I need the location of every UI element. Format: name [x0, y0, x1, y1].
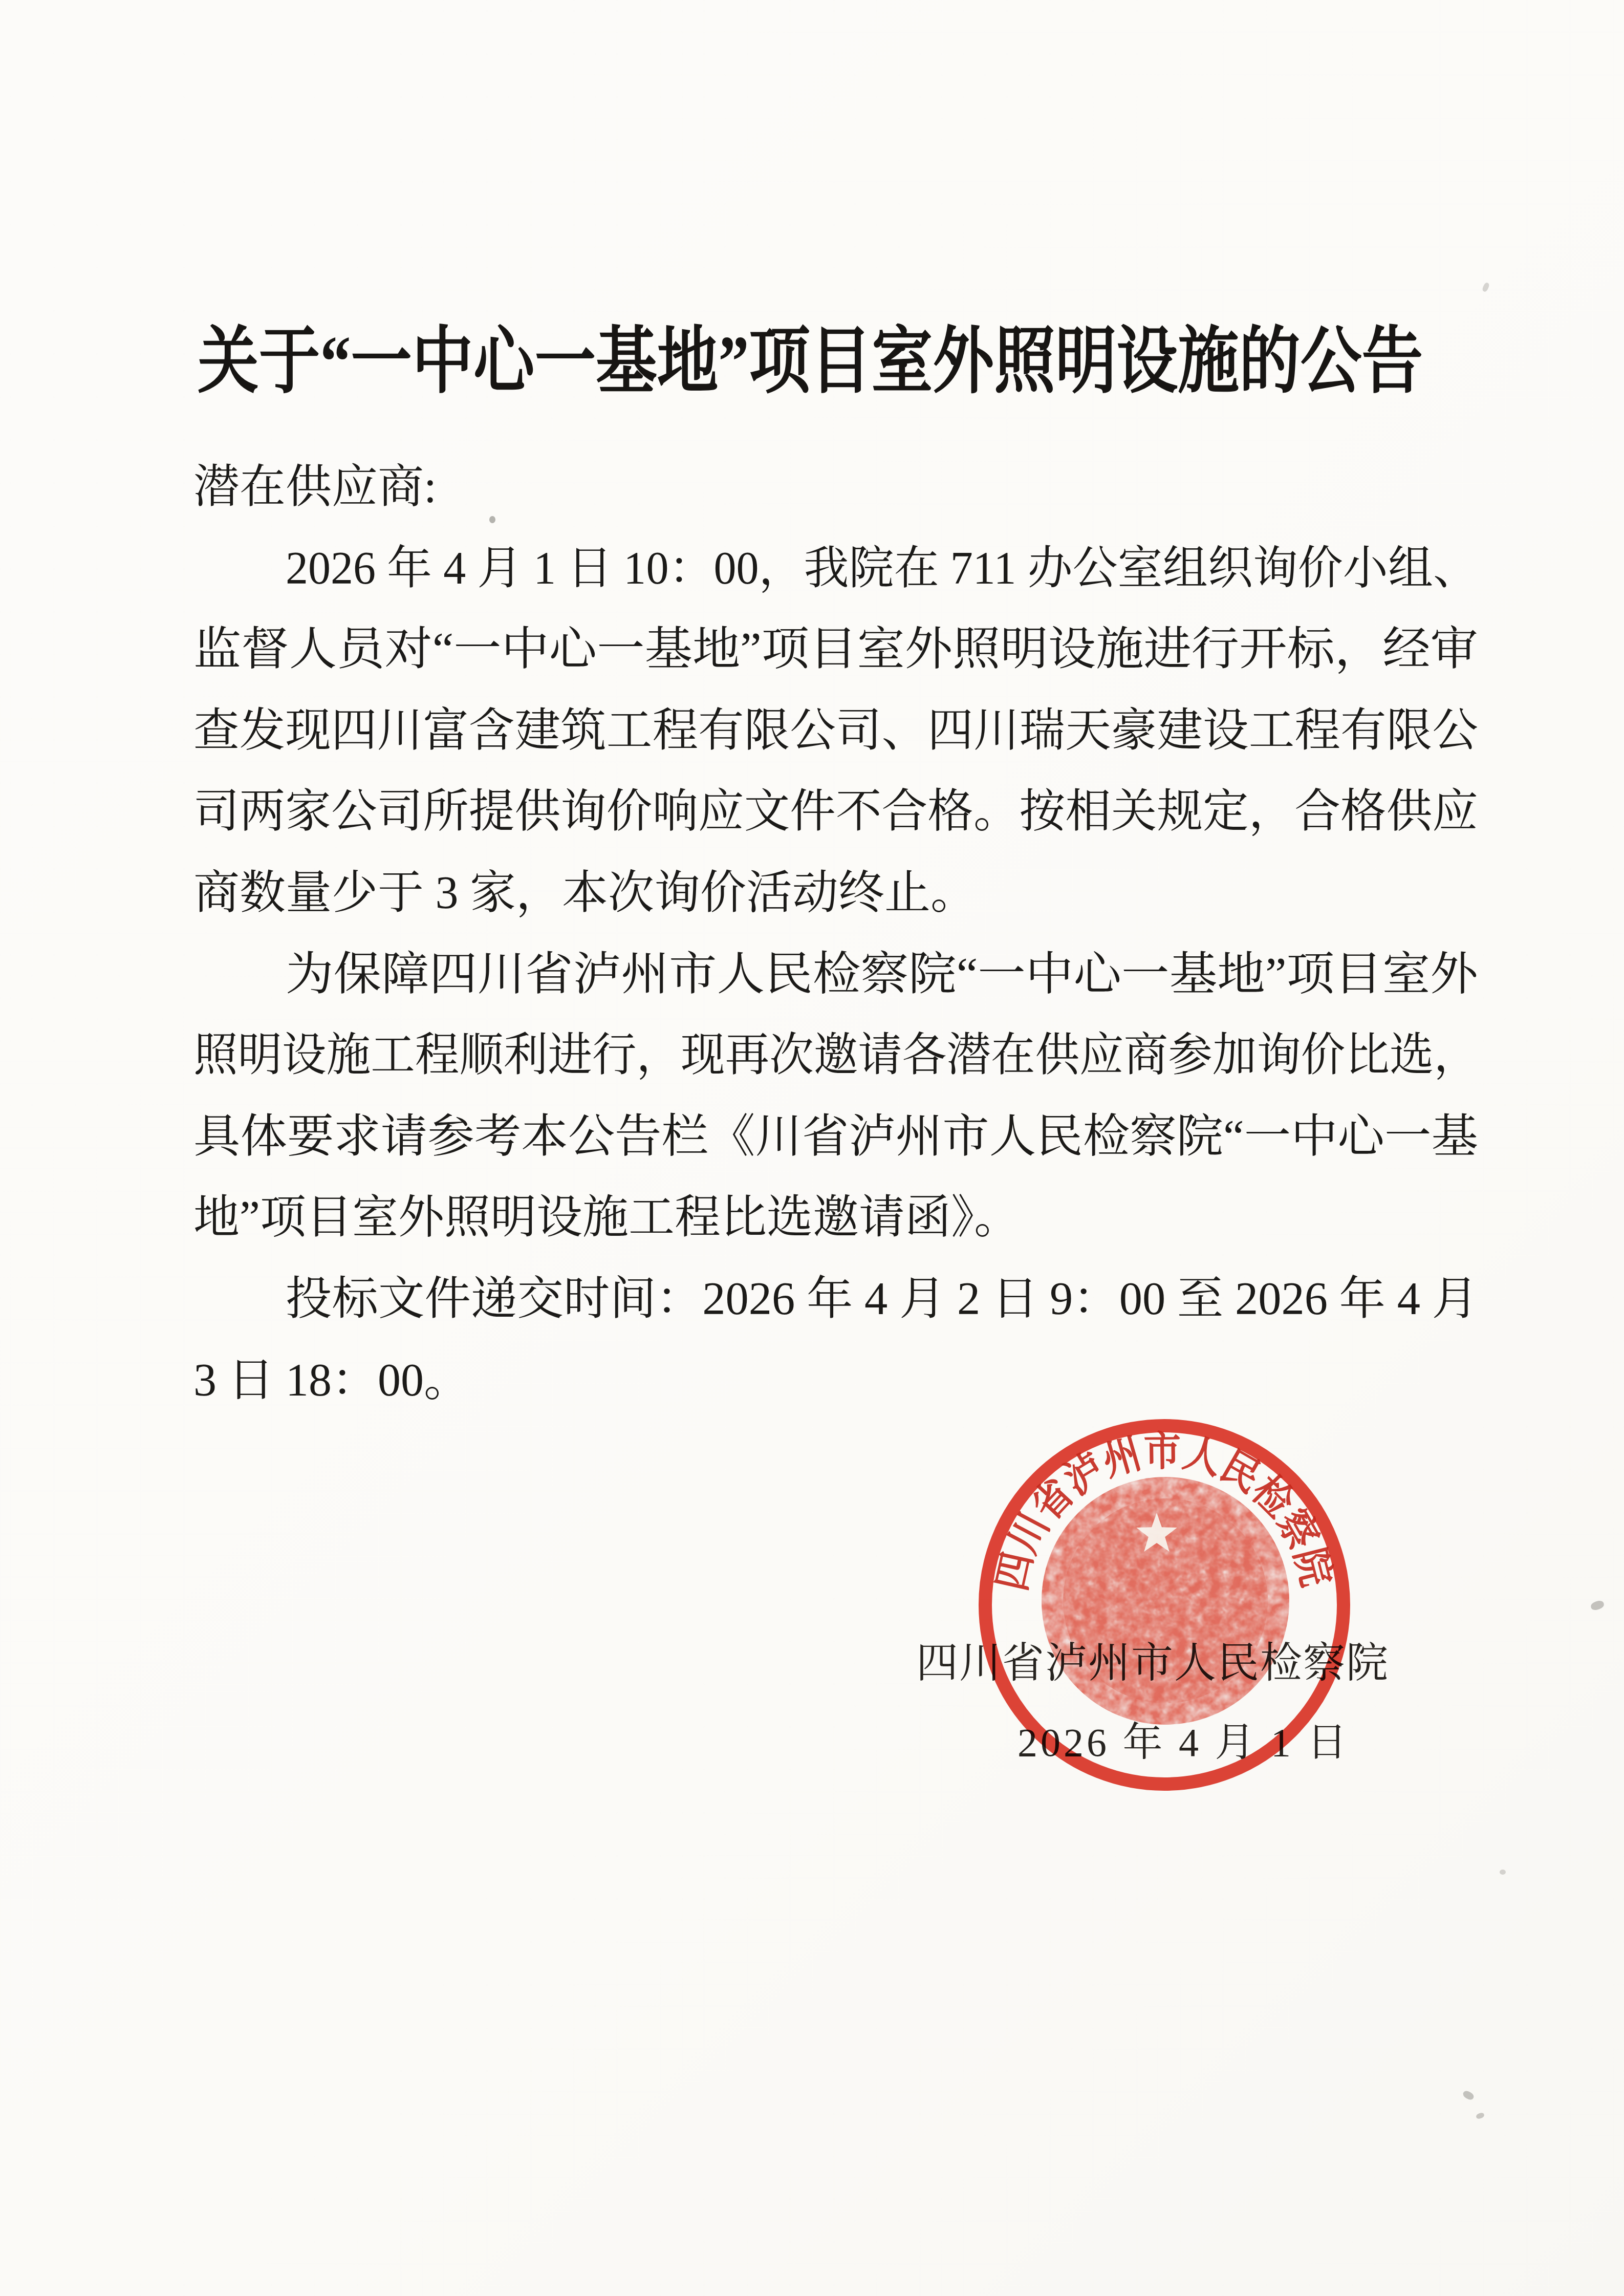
seal-ring-text: 四川省泸州市人民检察院: [989, 1429, 1338, 1595]
seal-emblem-mottle: [1042, 1477, 1289, 1725]
body-line: 司两家公司所提供询价响应文件不合格。按相关规定，合格供应: [193, 771, 1478, 853]
body-line-text: 商数量少于 3 家，本次询价活动终止。: [193, 853, 977, 934]
body-line: 投标文件递交时间：2026 年 4 月 2 日 9：00 至 2026 年 4 …: [193, 1259, 1478, 1340]
body-line-text: 地”项目室外照明设施工程比选邀请函》。: [193, 1177, 1020, 1259]
body-line-text: 监督人员对“一中心一基地”项目室外照明设施进行开标，经审: [193, 609, 1478, 691]
seal-emblem-base: [1042, 1477, 1289, 1725]
body-line-text: 具体要求请参考本公告栏《川省泸州市人民检察院“一中心一基: [193, 1097, 1478, 1178]
body-line-text: 3 日 18：00。: [193, 1340, 470, 1422]
page-title-text: 关于“一中心一基地”项目室外照明设施的公告: [198, 325, 1423, 398]
page-title: 关于“一中心一基地”项目室外照明设施的公告: [198, 325, 1624, 402]
scan-speck: [1476, 2112, 1485, 2120]
salutation-text: 潜在供应商:: [193, 462, 437, 512]
body-line-text: 为保障四川省泸州市人民检察院“一中心一基地”项目室外: [286, 934, 1478, 1016]
document-body: 2026 年 4 月 1 日 10：00，我院在 711 办公室组织询价小组、监…: [193, 528, 1478, 1422]
scan-speck: [1482, 282, 1490, 293]
signature-date-text: 2026 年 4 月 1 日: [1017, 1720, 1350, 1765]
body-line: 照明设施工程顺利进行，现再次邀请各潜在供应商参加询价比选，: [193, 1015, 1478, 1097]
body-line: 具体要求请参考本公告栏《川省泸州市人民检察院“一中心一基: [193, 1097, 1478, 1178]
scan-speck: [489, 516, 495, 523]
scan-speck: [1462, 2089, 1475, 2101]
body-line-text: 照明设施工程顺利进行，现再次邀请各潜在供应商参加询价比选，: [193, 1015, 1478, 1097]
body-line: 商数量少于 3 家，本次询价活动终止。: [193, 853, 1478, 934]
seal-star-icon: [1136, 1513, 1177, 1552]
body-line: 监督人员对“一中心一基地”项目室外照明设施进行开标，经审: [193, 609, 1478, 691]
scan-speck: [1590, 1599, 1605, 1611]
body-line: 为保障四川省泸州市人民检察院“一中心一基地”项目室外: [193, 934, 1478, 1016]
signature-date: 2026 年 4 月 1 日: [1017, 1723, 1350, 1763]
body-line-text: 司两家公司所提供询价响应文件不合格。按相关规定，合格供应: [193, 771, 1478, 853]
salutation: 潜在供应商:: [193, 447, 437, 528]
body-line: 地”项目室外照明设施工程比选邀请函》。: [193, 1177, 1478, 1259]
body-line: 2026 年 4 月 1 日 10：00，我院在 711 办公室组织询价小组、: [193, 528, 1478, 610]
scan-speck: [1500, 1870, 1506, 1875]
scanned-document-page: 关于“一中心一基地”项目室外照明设施的公告 潜在供应商: 2026 年 4 月 …: [0, 0, 1624, 2296]
body-line-text: 投标文件递交时间：2026 年 4 月 2 日 9：00 至 2026 年 4 …: [286, 1259, 1478, 1340]
body-line-text: 2026 年 4 月 1 日 10：00，我院在 711 办公室组织询价小组、: [286, 528, 1478, 610]
body-line-text: 查发现四川富含建筑工程有限公司、四川瑞天豪建设工程有限公: [193, 691, 1478, 772]
signature-org-text: 四川省泸州市人民检察院: [916, 1640, 1389, 1686]
body-line: 3 日 18：00。: [193, 1340, 1478, 1422]
signature-org: 四川省泸州市人民检察院: [916, 1642, 1389, 1684]
body-line: 查发现四川富含建筑工程有限公司、四川瑞天豪建设工程有限公: [193, 691, 1478, 772]
